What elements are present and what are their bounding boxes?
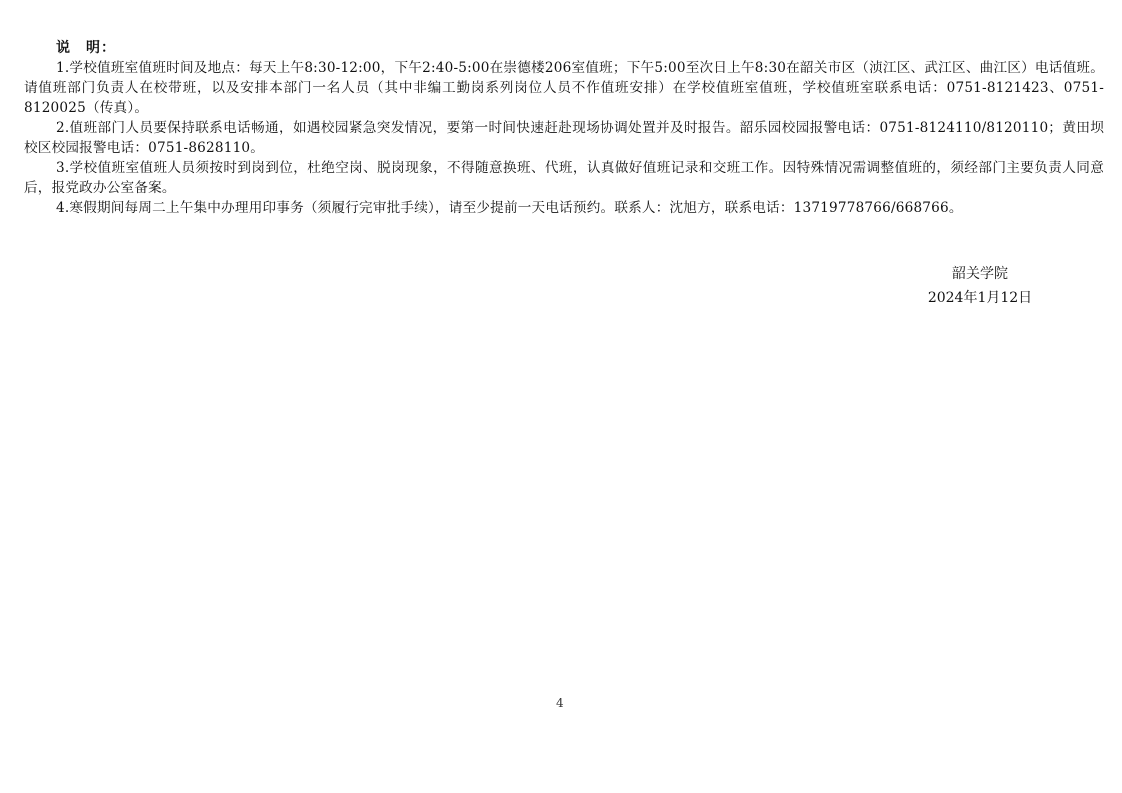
signature-organization: 韶关学院 <box>900 262 1060 286</box>
note-item-4: 4.寒假期间每周二上午集中办理用印事务（须履行完审批手续），请至少提前一天电话预… <box>24 198 1104 218</box>
page-number: 4 <box>556 696 564 710</box>
notes-heading: 说 明： <box>24 38 1104 58</box>
note-item-3: 3.学校值班室值班人员须按时到岗到位，杜绝空岗、脱岗现象，不得随意换班、代班，认… <box>24 158 1104 198</box>
signature-date: 2024年1月12日 <box>900 286 1060 310</box>
note-item-1: 1.学校值班室值班时间及地点：每天上午8:30-12:00，下午2:40-5:0… <box>24 58 1104 118</box>
signature-block: 韶关学院 2024年1月12日 <box>900 262 1060 310</box>
note-item-2: 2.值班部门人员要保持联系电话畅通，如遇校园紧急突发情况，要第一时间快速赶赴现场… <box>24 118 1104 158</box>
notes-section: 说 明： 1.学校值班室值班时间及地点：每天上午8:30-12:00，下午2:4… <box>24 38 1104 218</box>
